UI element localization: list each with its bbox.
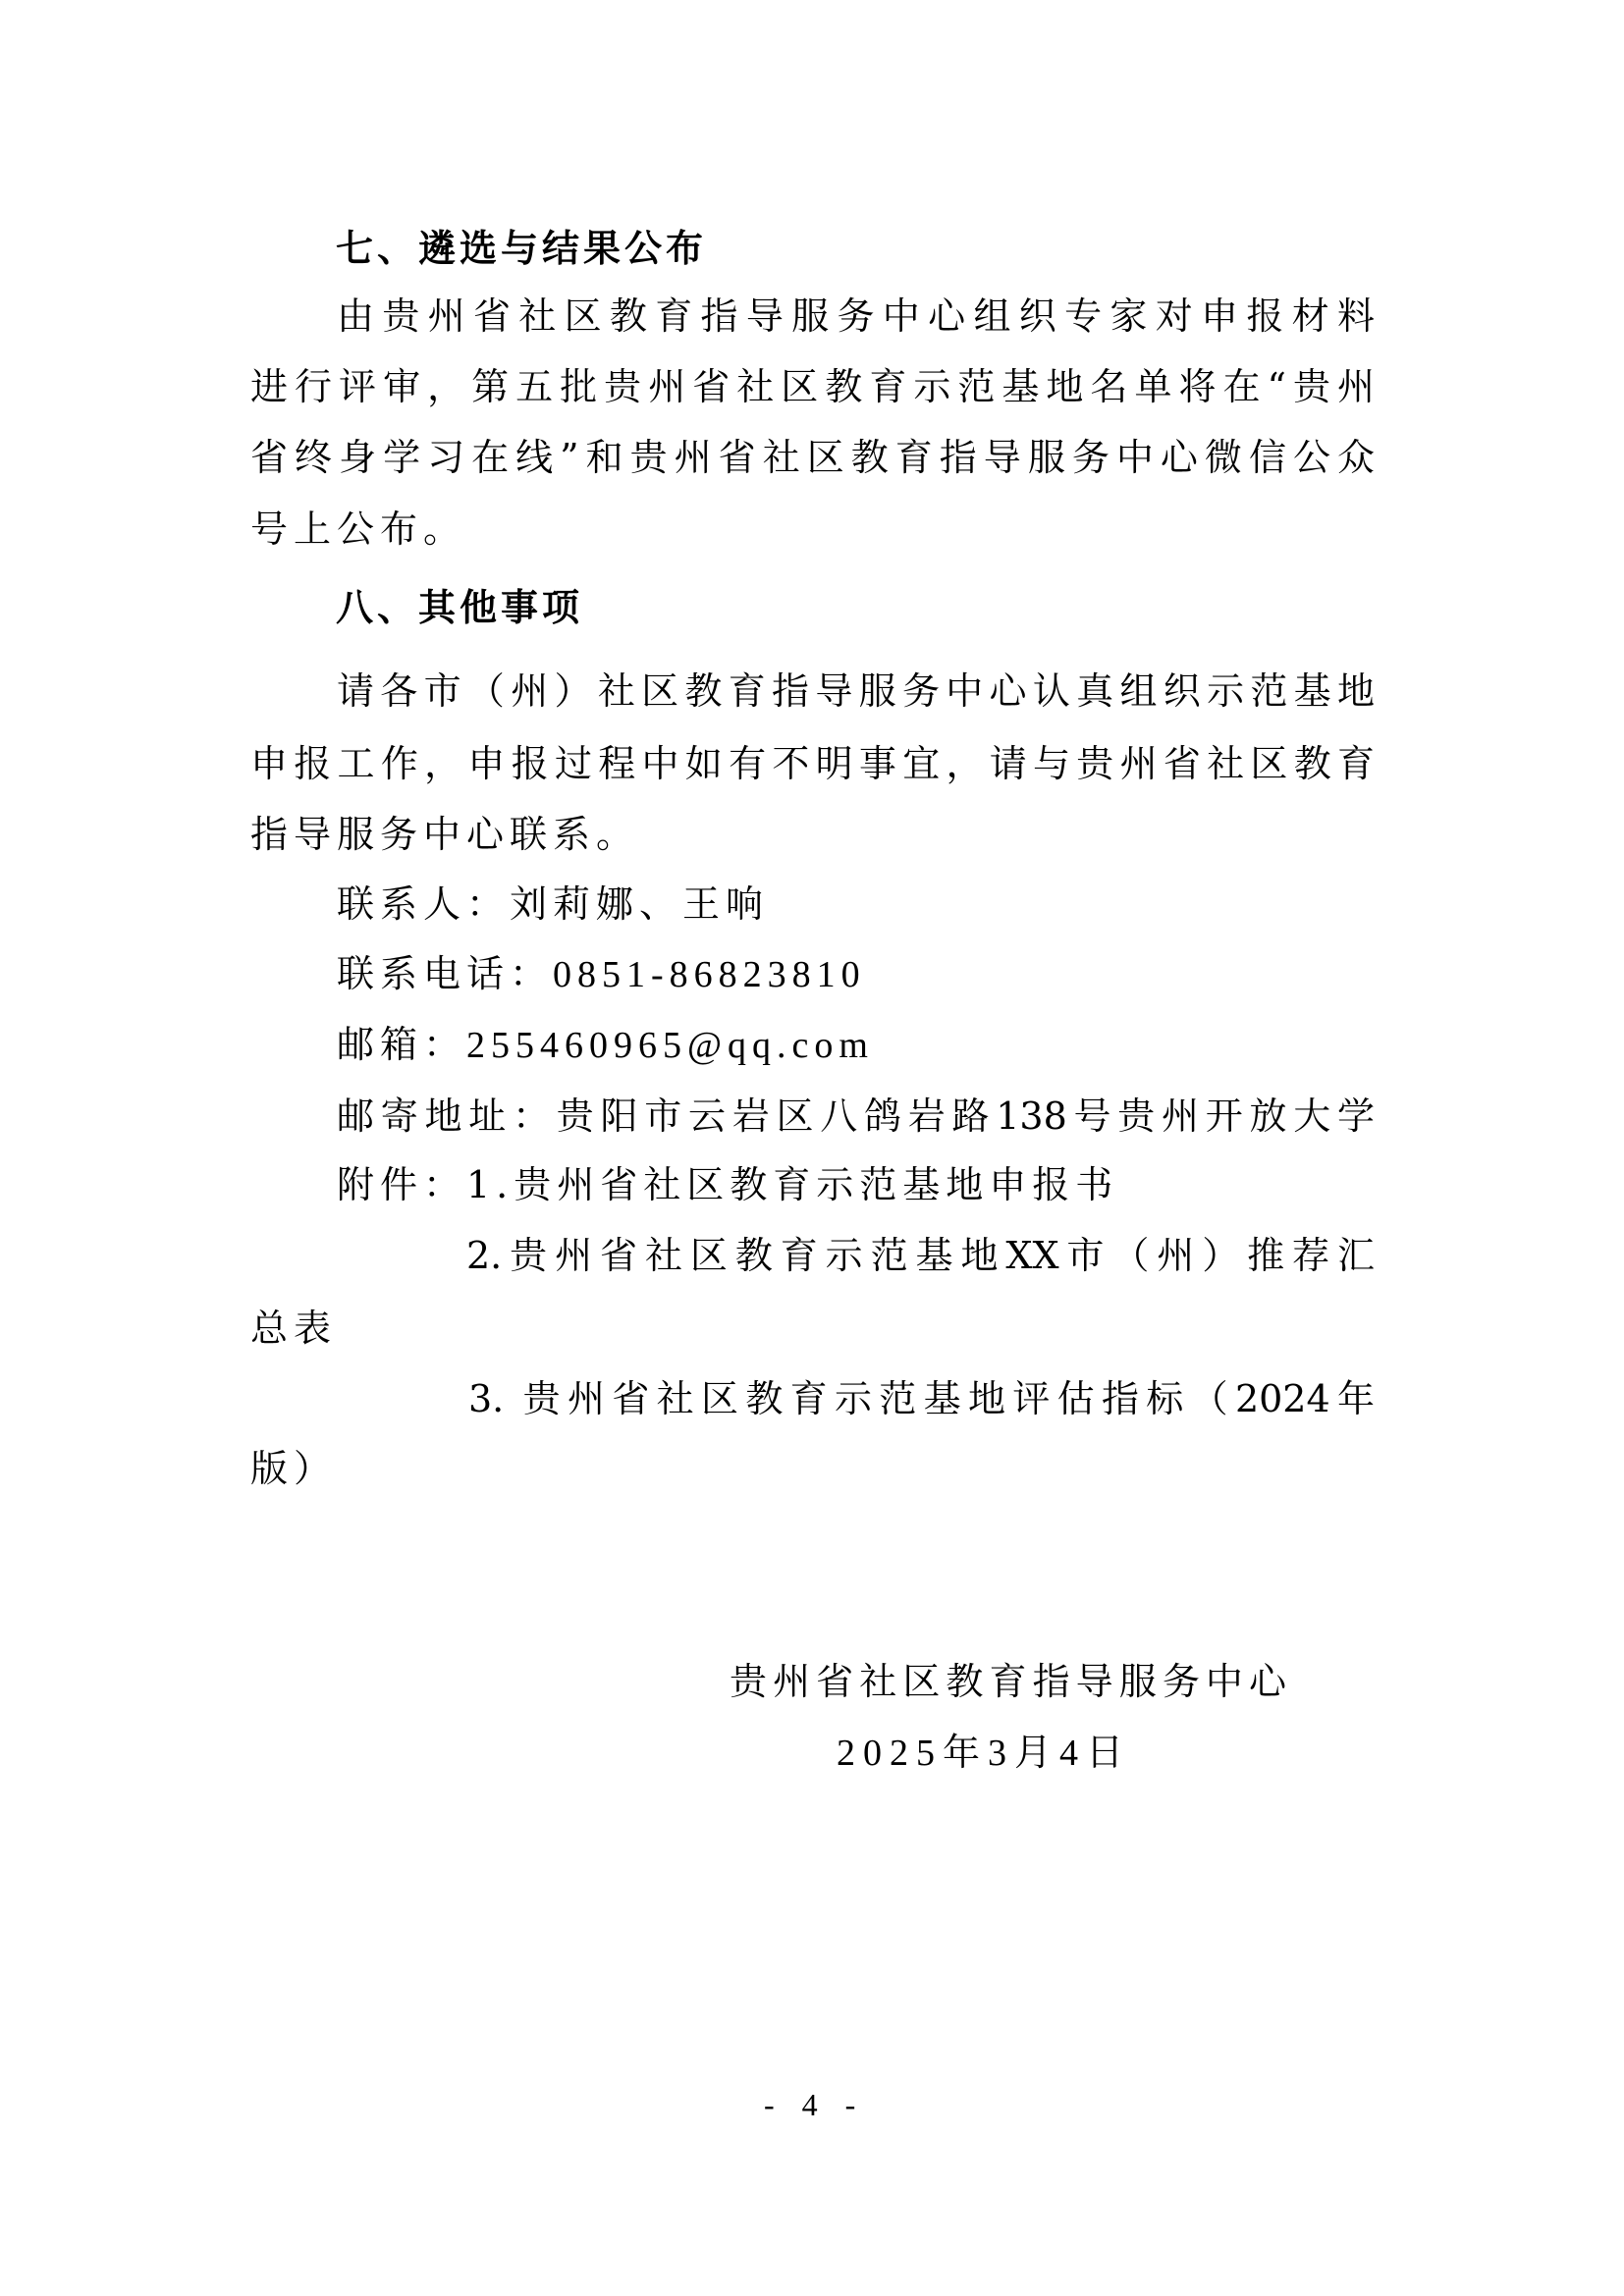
attachment-item-1: 1.贵州省社区教育示范基地申报书	[466, 1163, 1118, 1206]
contact-email: 邮箱：255460965@qq.com	[337, 1024, 874, 1067]
paragraph-line: 申报工作，申报过程中如有不明事宜，请与贵州省社区教育	[250, 742, 1375, 785]
page-number: - 4 -	[764, 2083, 865, 2126]
attachments-label: 附件：	[337, 1163, 466, 1206]
section-heading-8: 八、其他事项	[336, 586, 583, 629]
section-heading-7: 七、遴选与结果公布	[336, 227, 707, 270]
paragraph-line: 省终身学习在线”和贵州省社区教育指导服务中心微信公众	[250, 436, 1375, 479]
document-page: 七、遴选与结果公布 由贵州省社区教育指导服务中心组织专家对申报材料 进行评审，第…	[0, 0, 1624, 2296]
paragraph-line: 由贵州省社区教育指导服务中心组织专家对申报材料	[337, 294, 1375, 338]
paragraph-line: 号上公布。	[250, 507, 466, 551]
paragraph-line: 请各市（州）社区教育指导服务中心认真组织示范基地	[337, 669, 1375, 713]
signature-date: 2025年3月4日	[837, 1732, 1131, 1775]
attachment-item-2-continued: 总表	[250, 1307, 337, 1350]
signature-organization: 贵州省社区教育指导服务中心	[730, 1660, 1286, 1703]
contact-phone: 联系电话：0851-86823810	[337, 953, 866, 996]
mailing-address: 邮寄地址：贵阳市云岩区八鸽岩路138号贵州开放大学	[337, 1095, 1375, 1138]
attachment-item-3-continued: 版）	[250, 1447, 337, 1490]
contact-person: 联系人：刘莉娜、王响	[337, 882, 769, 926]
paragraph-line: 进行评审，第五批贵州省社区教育示范基地名单将在“贵州	[250, 365, 1375, 408]
attachment-item-3: 3. 贵州省社区教育示范基地评估指标（2024年	[468, 1377, 1375, 1420]
attachment-item-2: 2.贵州省社区教育示范基地XX市（州）推荐汇	[466, 1234, 1375, 1277]
paragraph-line: 指导服务中心联系。	[250, 813, 639, 856]
